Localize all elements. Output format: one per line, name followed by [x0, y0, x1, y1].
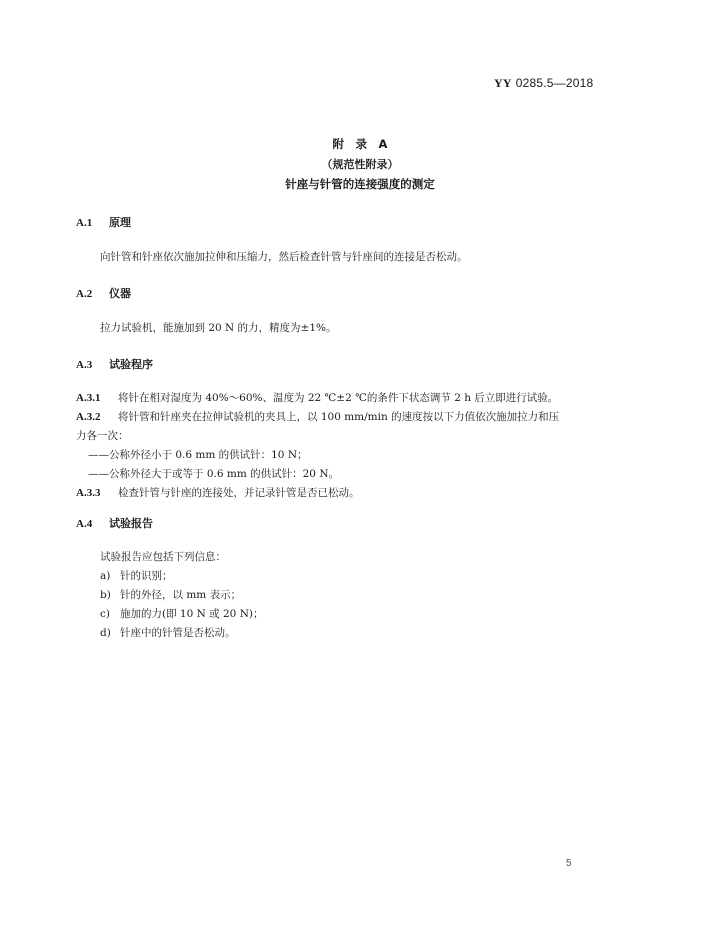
section-heading-a3: A.3试验程序 [76, 356, 153, 372]
section-heading-a1: A.1原理 [76, 214, 131, 230]
section-body-a1: 向针管和针座依次施加拉伸和压缩力，然后检查针管与针座间的连接是否松动。 [100, 249, 468, 264]
section-number: A.3 [76, 359, 109, 371]
page-number: 5 [566, 858, 572, 869]
item-marker: c) [100, 608, 120, 620]
clause-text: 检查针管与针座的连接处，并记录针管是否已松动。 [118, 487, 360, 499]
report-item: b)针的外径，以 mm 表示； [100, 587, 241, 602]
clause-number: A.3.2 [76, 411, 118, 423]
clause-a3-1: A.3.1将针在相对湿度为 40%～60%、温度为 22 ℃±2 ℃的条件下状态… [76, 390, 558, 405]
item-text: 针座中的针管是否松动。 [120, 627, 236, 639]
section-title: 原理 [109, 216, 131, 229]
item-marker: d) [100, 627, 120, 639]
annex-subtitle: 针座与针管的连接强度的测定 [0, 176, 720, 192]
report-item: d)针座中的针管是否松动。 [100, 625, 236, 640]
report-item: c)施加的力(即 10 N 或 20 N)； [100, 606, 263, 621]
report-item: a)针的识别； [100, 568, 173, 583]
section-title: 试验报告 [109, 517, 153, 530]
item-marker: b) [100, 589, 120, 601]
section-body-a2: 拉力试验机，能施加到 20 N 的力，精度为±1%。 [100, 320, 337, 335]
dash-list-item: ——公称外径小于 0.6 mm 的供试针：10 N； [88, 447, 308, 462]
dash-list-item: ——公称外径大于或等于 0.6 mm 的供试针：20 N。 [88, 466, 339, 481]
report-intro: 试验报告应包括下列信息： [100, 549, 226, 564]
standard-prefix: YY [494, 76, 512, 90]
clause-number: A.3.3 [76, 487, 118, 499]
section-heading-a2: A.2仪器 [76, 285, 131, 301]
clause-a3-2: A.3.2将针管和针座夹在拉伸试验机的夹具上，以 100 mm/min 的速度按… [76, 409, 559, 424]
section-number: A.1 [76, 217, 109, 229]
section-number: A.2 [76, 288, 109, 300]
item-marker: a) [100, 570, 120, 582]
item-text: 施加的力(即 10 N 或 20 N)； [120, 608, 263, 620]
item-text: 针的识别； [120, 570, 173, 582]
standard-number: 0285.5—2018 [516, 76, 594, 90]
standard-id: YY0285.5—2018 [494, 76, 593, 91]
item-text: 针的外径，以 mm 表示； [120, 589, 241, 601]
clause-text: 将针在相对湿度为 40%～60%、温度为 22 ℃±2 ℃的条件下状态调节 2 … [118, 392, 558, 404]
section-title: 仪器 [109, 287, 131, 300]
section-heading-a4: A.4试验报告 [76, 515, 153, 531]
clause-text: 将针管和针座夹在拉伸试验机的夹具上，以 100 mm/min 的速度按以下力值依… [118, 411, 559, 423]
section-number: A.4 [76, 518, 109, 530]
clause-a3-2-continuation: 力各一次： [76, 428, 129, 443]
clause-number: A.3.1 [76, 392, 118, 404]
clause-a3-3: A.3.3检查针管与针座的连接处，并记录针管是否已松动。 [76, 485, 360, 500]
section-title: 试验程序 [109, 358, 153, 371]
annex-title: 附 录 A [0, 136, 720, 152]
annex-type: （规范性附录） [0, 156, 720, 172]
